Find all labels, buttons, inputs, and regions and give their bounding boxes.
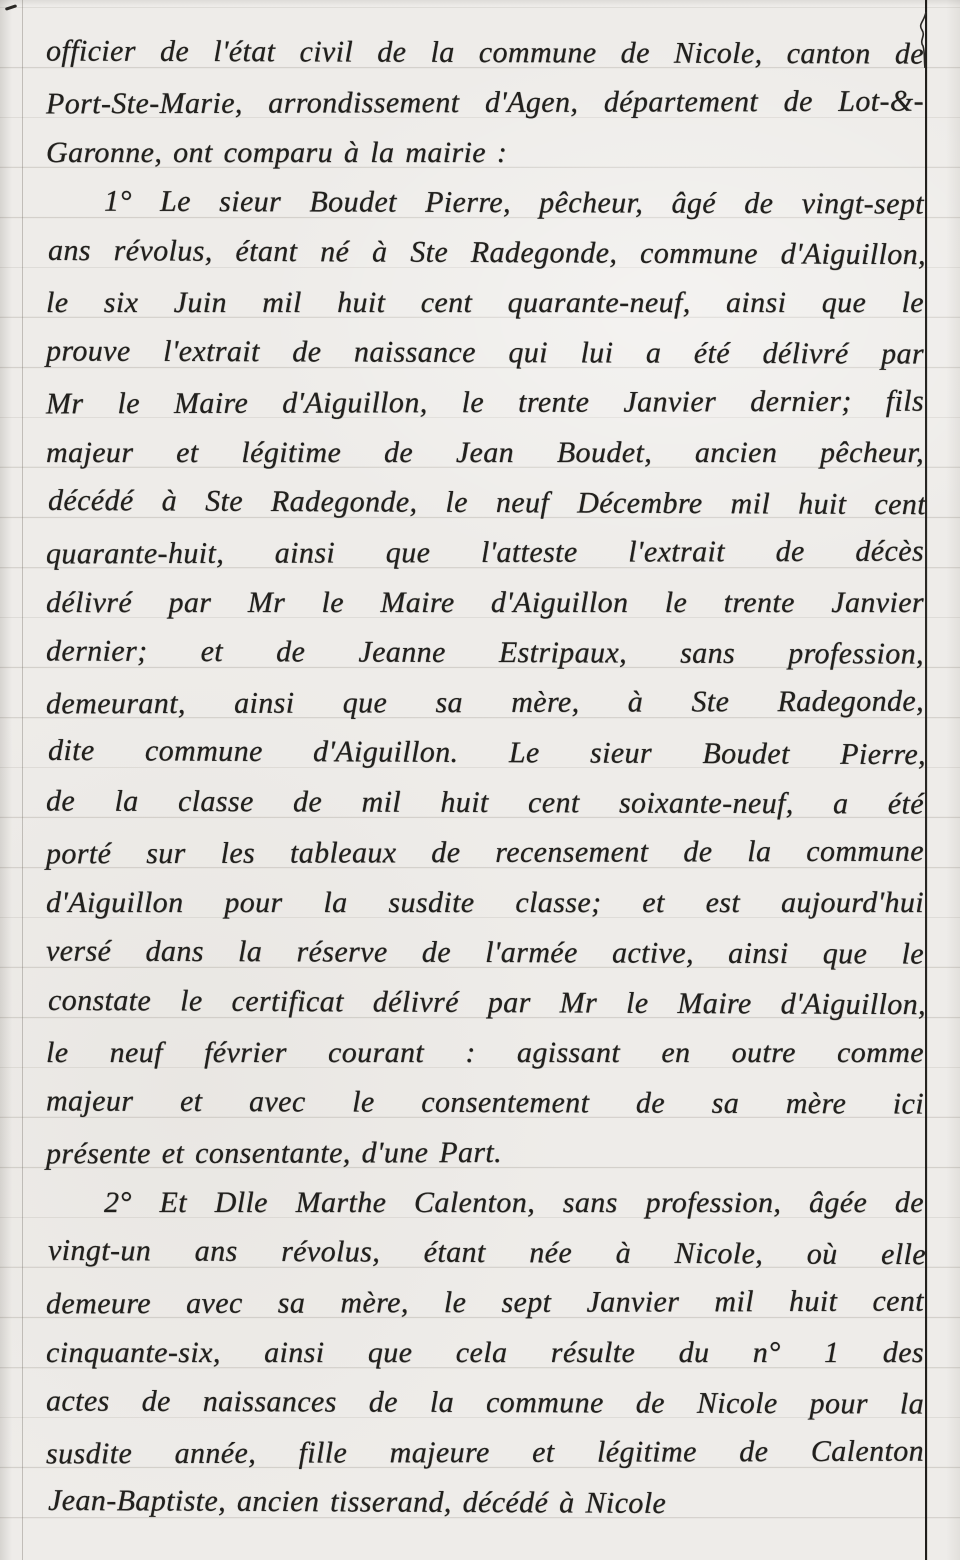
left-margin-rule <box>22 0 23 1560</box>
manuscript-line: majeur et légitime de Jean Boudet, ancie… <box>46 428 924 478</box>
manuscript-line: d'Aiguillon pour la susdite classe; et e… <box>46 878 924 928</box>
manuscript-line: le neuf février courant : agissant en ou… <box>46 1028 924 1078</box>
manuscript-line: quarante-huit, ainsi que l'atteste l'ext… <box>46 527 924 580</box>
manuscript-line: cinquante-six, ainsi que cela résulte du… <box>46 1328 924 1378</box>
manuscript-line: délivré par Mr le Maire d'Aiguillon le t… <box>46 578 924 628</box>
manuscript-line: majeur et avec le consentement de sa mèr… <box>46 1076 924 1129</box>
manuscript-line: de la classe de mil huit cent soixante-n… <box>46 776 924 829</box>
manuscript-line: présente et consentante, d'une Part. <box>46 1127 924 1180</box>
manuscript-text-block: officier de l'état civil de la commune d… <box>46 28 924 1528</box>
manuscript-line: 2° Et Dlle Marthe Calenton, sans profess… <box>46 1178 924 1228</box>
manuscript-line: Jean-Baptiste, ancien tisserand, décédé … <box>48 1476 926 1530</box>
manuscript-line: Port-Ste-Marie, arrondissement d'Agen, d… <box>46 77 924 130</box>
manuscript-line: prouve l'extrait de naissance qui lui a … <box>46 326 924 379</box>
manuscript-line: vingt-un ans révolus, étant née à Nicole… <box>48 1226 926 1280</box>
manuscript-line: Garonne, ont comparu à la mairie : <box>46 128 924 178</box>
manuscript-line: dernier; et de Jeanne Estripaux, sans pr… <box>46 626 924 679</box>
manuscript-line: demeure avec sa mère, le sept Janvier mi… <box>46 1277 924 1330</box>
manuscript-line: versé dans la réserve de l'armée active,… <box>46 926 924 979</box>
manuscript-line: dite commune d'Aiguillon. Le sieur Boude… <box>48 726 926 780</box>
manuscript-line: demeurant, ainsi que sa mère, à Ste Rade… <box>46 677 924 730</box>
manuscript-line: décédé à Ste Radegonde, le neuf Décembre… <box>48 476 926 530</box>
manuscript-line: Mr le Maire d'Aiguillon, le trente Janvi… <box>46 377 924 430</box>
manuscript-line: constate le certificat délivré par Mr le… <box>48 976 926 1030</box>
manuscript-line: le six Juin mil huit cent quarante-neuf,… <box>46 278 924 328</box>
manuscript-line: porté sur les tableaux de recensement de… <box>46 827 924 880</box>
manuscript-line: 1° Le sieur Boudet Pierre, pêcheur, âgé … <box>46 176 924 229</box>
scanned-manuscript-page: officier de l'état civil de la commune d… <box>0 0 960 1560</box>
manuscript-line: actes de naissances de la commune de Nic… <box>46 1376 924 1429</box>
ink-speck <box>5 4 17 11</box>
manuscript-line: susdite année, fille majeure et légitime… <box>46 1427 924 1480</box>
manuscript-line: ans révolus, étant né à Ste Radegonde, c… <box>48 226 926 280</box>
manuscript-line: officier de l'état civil de la commune d… <box>46 26 924 79</box>
